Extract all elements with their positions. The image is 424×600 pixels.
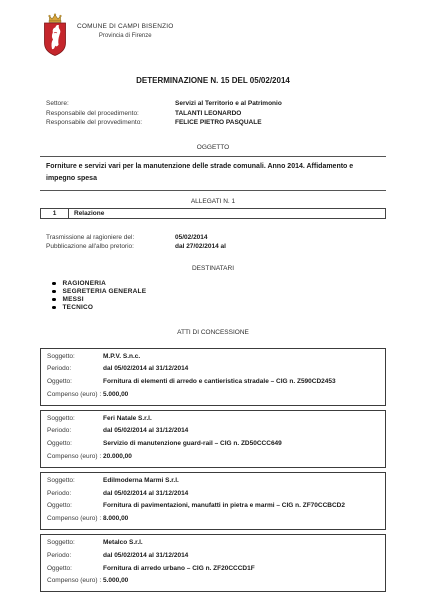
list-item: TECNICO — [52, 304, 386, 312]
document-title: DETERMINAZIONE N. 15 DEL 05/02/2014 — [40, 76, 386, 85]
trasmissione-value: 05/02/2014 — [175, 233, 208, 243]
atto-value: Fornitura di pavimentazioni, manufatti i… — [103, 500, 349, 513]
bullet-icon — [52, 306, 56, 310]
pubblicazione-row: Pubblicazione all'albo pretorio: dal 27/… — [40, 242, 386, 252]
destinatario-label: MESSI — [63, 296, 84, 303]
atto-row-compenso: Compenso (euro) : 5.000,00 — [41, 389, 385, 402]
atti-heading: ATTI DI CONCESSIONE — [40, 329, 386, 336]
atto-value: dal 05/02/2014 al 31/12/2014 — [103, 363, 192, 376]
atto-block: Soggetto: M.P.V. S.n.c. Periodo: dal 05/… — [40, 348, 386, 406]
list-item: SEGRETERIA GENERALE — [52, 288, 386, 296]
bullet-icon — [52, 298, 56, 302]
atto-row-compenso: Compenso (euro) : 8.000,00 — [41, 513, 385, 526]
bullet-icon — [52, 282, 56, 286]
info-row-resp-provvedimento: Responsabile del provvedimento: FELICE P… — [40, 118, 386, 128]
atto-row-periodo: Periodo: dal 05/02/2014 al 31/12/2014 — [41, 425, 385, 438]
destinatario-label: RAGIONERIA — [63, 280, 107, 287]
atto-label: Periodo: — [41, 425, 103, 438]
atto-label: Compenso (euro) : — [41, 389, 103, 402]
allegati-heading: ALLEGATI N. 1 — [40, 198, 386, 205]
atto-value: Servizio di manutenzione guard-rail – CI… — [103, 438, 286, 451]
atto-label: Soggetto: — [41, 537, 103, 550]
atto-row-soggetto: Soggetto: M.P.V. S.n.c. — [41, 351, 385, 364]
oggetto-text: Forniture e servizi vari per la manutenz… — [40, 156, 386, 191]
destinatario-label: SEGRETERIA GENERALE — [63, 288, 147, 295]
allegati-row: 1 Relazione — [40, 208, 386, 219]
atto-value: M.P.V. S.n.c. — [103, 351, 144, 364]
atto-value: Fornitura di arredo urbano – CIG n. ZF20… — [103, 563, 259, 576]
atto-label: Soggetto: — [41, 413, 103, 426]
atti-blocks: Soggetto: M.P.V. S.n.c. Periodo: dal 05/… — [40, 348, 386, 593]
atto-label: Soggetto: — [41, 351, 103, 364]
atto-value: dal 05/02/2014 al 31/12/2014 — [103, 488, 192, 501]
atto-label: Periodo: — [41, 363, 103, 376]
trasmissione-section: Trasmissione al ragioniere del: 05/02/20… — [40, 233, 386, 252]
info-value: Servizi al Territorio e al Patrimonio — [175, 99, 282, 109]
pubblicazione-label: Pubblicazione all'albo pretorio: — [46, 242, 175, 252]
destinatario-label: TECNICO — [63, 304, 94, 311]
info-row-resp-procedimento: Responsabile del procedimento: TALANTI L… — [40, 109, 386, 119]
info-row-settore: Settore: Servizi al Territorio e al Patr… — [40, 99, 386, 109]
atto-label: Oggetto: — [41, 438, 103, 451]
atto-block: Soggetto: Metalco S.r.l. Periodo: dal 05… — [40, 534, 386, 592]
campi-bisenzio-coat-of-arms-icon — [42, 13, 68, 57]
atto-value: 8.000,00 — [103, 513, 132, 526]
atto-row-compenso: Compenso (euro) : 20.000,00 — [41, 451, 385, 464]
atto-value: Feri Natale S.r.l. — [103, 413, 156, 426]
info-label: Responsabile del procedimento: — [46, 109, 175, 119]
atto-value: 20.000,00 — [103, 451, 136, 464]
atto-label: Periodo: — [41, 488, 103, 501]
atto-value: Metalco S.r.l. — [103, 537, 147, 550]
atto-row-oggetto: Oggetto: Fornitura di pavimentazioni, ma… — [41, 500, 385, 513]
atto-value: 5.000,00 — [103, 575, 132, 588]
atto-value: Fornitura di elementi di arredo e cantie… — [103, 376, 340, 389]
atto-row-periodo: Periodo: dal 05/02/2014 al 31/12/2014 — [41, 488, 385, 501]
atto-value: Edilmoderna Marmi S.r.l. — [103, 475, 183, 488]
atto-block: Soggetto: Feri Natale S.r.l. Periodo: da… — [40, 410, 386, 468]
atto-label: Periodo: — [41, 550, 103, 563]
allegato-name: Relazione — [69, 210, 104, 217]
atto-row-soggetto: Soggetto: Edilmoderna Marmi S.r.l. — [41, 475, 385, 488]
atto-value: dal 05/02/2014 al 31/12/2014 — [103, 425, 192, 438]
atto-row-periodo: Periodo: dal 05/02/2014 al 31/12/2014 — [41, 550, 385, 563]
info-value: TALANTI LEONARDO — [175, 109, 241, 119]
atto-label: Soggetto: — [41, 475, 103, 488]
document-page: COMUNE DI CAMPI BISENZIO Provincia di Fi… — [0, 0, 424, 600]
atto-row-compenso: Compenso (euro) : 5.000,00 — [41, 575, 385, 588]
atto-label: Oggetto: — [41, 500, 103, 513]
oggetto-heading: OGGETTO — [40, 144, 386, 151]
destinatari-list: RAGIONERIA SEGRETERIA GENERALE MESSI TEC… — [40, 280, 386, 312]
pubblicazione-value: dal 27/02/2014 al — [175, 242, 226, 252]
destinatari-heading: DESTINATARI — [40, 265, 386, 272]
atto-row-oggetto: Oggetto: Fornitura di arredo urbano – CI… — [41, 563, 385, 576]
atto-label: Compenso (euro) : — [41, 513, 103, 526]
atto-label: Compenso (euro) : — [41, 575, 103, 588]
province-name: Provincia di Firenze — [77, 33, 174, 39]
atto-label: Compenso (euro) : — [41, 451, 103, 464]
atto-row-oggetto: Oggetto: Servizio di manutenzione guard-… — [41, 438, 385, 451]
atto-row-soggetto: Soggetto: Feri Natale S.r.l. — [41, 413, 385, 426]
info-label: Settore: — [46, 99, 175, 109]
allegato-number: 1 — [41, 209, 69, 218]
info-value: FELICE PIETRO PASQUALE — [175, 118, 262, 128]
atto-row-soggetto: Soggetto: Metalco S.r.l. — [41, 537, 385, 550]
trasmissione-row: Trasmissione al ragioniere del: 05/02/20… — [40, 233, 386, 243]
info-label: Responsabile del provvedimento: — [46, 118, 175, 128]
atto-label: Oggetto: — [41, 563, 103, 576]
atto-row-oggetto: Oggetto: Fornitura di elementi di arredo… — [41, 376, 385, 389]
atto-label: Oggetto: — [41, 376, 103, 389]
list-item: MESSI — [52, 296, 386, 304]
bullet-icon — [52, 290, 56, 294]
atto-block: Soggetto: Edilmoderna Marmi S.r.l. Perio… — [40, 472, 386, 530]
header-text: COMUNE DI CAMPI BISENZIO Provincia di Fi… — [77, 23, 174, 39]
atto-value: 5.000,00 — [103, 389, 132, 402]
info-section: Settore: Servizi al Territorio e al Patr… — [40, 99, 386, 128]
document-header: COMUNE DI CAMPI BISENZIO Provincia di Fi… — [40, 13, 386, 59]
list-item: RAGIONERIA — [52, 280, 386, 288]
trasmissione-label: Trasmissione al ragioniere del: — [46, 233, 175, 243]
municipality-name: COMUNE DI CAMPI BISENZIO — [77, 23, 174, 30]
atto-row-periodo: Periodo: dal 05/02/2014 al 31/12/2014 — [41, 363, 385, 376]
atto-value: dal 05/02/2014 al 31/12/2014 — [103, 550, 192, 563]
